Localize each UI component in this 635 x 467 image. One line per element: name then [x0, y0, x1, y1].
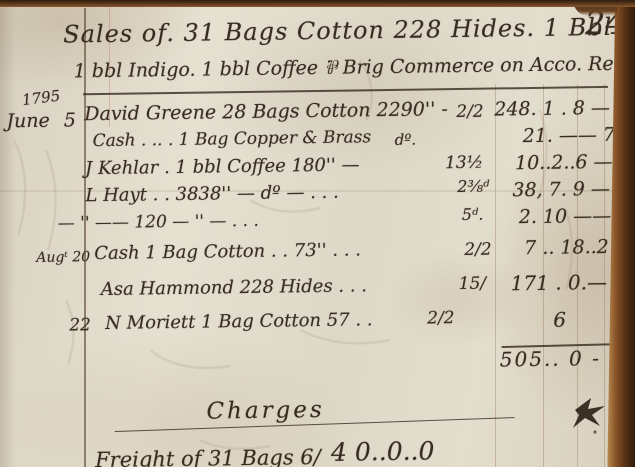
- entry-rate: 2/2: [456, 102, 484, 122]
- entry-amount: 171 . 0.—: [511, 270, 608, 295]
- entry-text: L Hayt . . 3838'' — dº — . . .: [85, 182, 339, 207]
- total-amount: 505.. 0 - 8: [500, 346, 624, 372]
- charges-heading: Charges: [206, 397, 325, 425]
- entry-amount: 2. 10 ——: [519, 205, 612, 228]
- entry-text: Cash 1 Bag Cotton . . 73'' . . .: [94, 239, 361, 264]
- book-edge-top: [0, 0, 635, 7]
- entry-rate: 15/: [459, 274, 487, 294]
- heading-underline: [83, 86, 608, 95]
- entry-amount: 6: [553, 308, 566, 332]
- ink-blot: [565, 396, 615, 442]
- entry-date: 22: [69, 315, 91, 335]
- page-heading-line1: Sales of. 31 Bags Cotton 228 Hides. 1 Bb…: [63, 11, 635, 48]
- charges-partial-line: Freight of 31 Bags 6/: [95, 445, 321, 467]
- year-label: 1795: [21, 87, 61, 109]
- handwriting-layer: Sales of. 31 Bags Cotton 228 Hides. 1 Bb…: [0, 0, 635, 467]
- charges-partial-amount: 4 0..0..0: [331, 436, 435, 466]
- entry-date: Augᵗ 20: [36, 249, 90, 266]
- entry-text: Cash . .. . 1 Bag Copper & Brass: [93, 127, 372, 151]
- entry-amount: 10..2..6 —: [515, 151, 613, 174]
- entry-rate: 2⅜ᵈ: [457, 177, 489, 196]
- entry-rate: dº.: [395, 131, 417, 149]
- entry-text: N Moriett 1 Bag Cotton 57 . .: [105, 309, 373, 334]
- entry-text: — '' —— 120 — '' — . . .: [58, 211, 259, 234]
- entry-date: June 5: [6, 109, 76, 132]
- entry-text: David Greene 28 Bags Cotton 2290'' -: [84, 98, 448, 125]
- entry-amount: 21. —— 7: [523, 124, 616, 147]
- entry-amount: 7 .. 18..2: [524, 236, 609, 259]
- entry-text: Asa Hammond 228 Hides . . .: [101, 275, 367, 300]
- entry-rate: 2/2: [464, 240, 492, 260]
- ledger-page-photo: Sales of. 31 Bags Cotton 228 Hides. 1 Bb…: [0, 0, 635, 467]
- entry-amount: 38, 7. 9 —: [512, 178, 610, 201]
- entry-text: J Kehlar . 1 bbl Coffee 180'' —: [85, 154, 360, 179]
- entry-rate: 2/2: [427, 308, 455, 328]
- page-heading-line2: 1 bbl Indigo. 1 bbl Coffee ⅌ Brig Commer…: [74, 49, 635, 83]
- entry-rate: 5ᵈ.: [462, 205, 484, 224]
- entry-rate: 13½: [445, 153, 483, 174]
- entry-amount: 248. 1 . 8 —: [494, 97, 610, 121]
